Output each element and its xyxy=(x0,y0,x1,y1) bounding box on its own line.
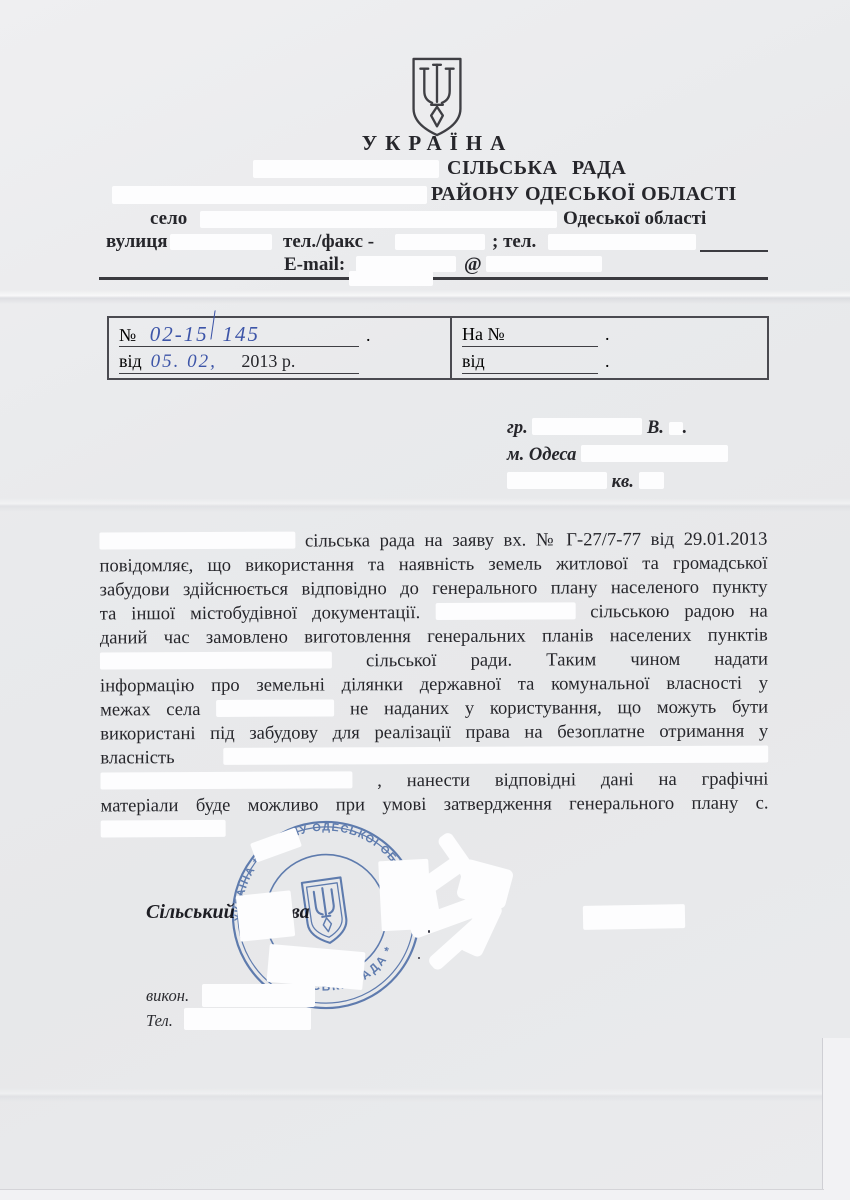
redaction-block xyxy=(99,532,295,550)
recipient-line: гр. В. . xyxy=(507,415,728,442)
body-text-segment: використані під забудову для реалізації … xyxy=(100,721,768,745)
redaction-block xyxy=(184,1008,311,1030)
body-line: власність xyxy=(100,744,768,771)
handwritten-date: 05. 02, xyxy=(151,351,217,372)
redaction-block xyxy=(202,984,315,1007)
page-edge xyxy=(822,1038,850,1200)
body-line: інформацію про земельні ділянки державно… xyxy=(100,672,768,699)
email-at-sign: @ xyxy=(464,254,482,276)
tel-label: ; тел. xyxy=(492,231,536,253)
redaction-block xyxy=(100,651,332,669)
reply-from-label: від xyxy=(462,351,485,371)
ink-speck xyxy=(418,957,420,959)
paper-crease xyxy=(0,1088,850,1102)
year-value: 2013 р. xyxy=(241,351,295,371)
reference-outgoing-cell: № 02-15/145 . від 05. 02, 2013 р. xyxy=(109,318,450,378)
recipient-block: гр. В. . м. Одеса кв. xyxy=(507,415,728,496)
redaction-block xyxy=(507,472,607,489)
street-label: вулиця xyxy=(106,231,167,253)
redaction-block xyxy=(548,234,696,250)
body-text-segment: інформацію про земельні ділянки державно… xyxy=(100,673,768,697)
redaction-block xyxy=(223,746,768,765)
redaction-block xyxy=(200,211,557,228)
ink-speck xyxy=(428,930,430,933)
redaction-block xyxy=(100,771,352,789)
telfax-label: тел./факс - xyxy=(283,231,374,253)
council-title: СІЛЬСЬКА РАДА xyxy=(447,157,626,180)
body-line: та іншої містобудівної документації. сіл… xyxy=(100,600,768,627)
dot: . xyxy=(605,351,610,371)
recipient-prefix: гр. xyxy=(507,418,528,438)
body-text-segment: повідомляє, що використання та наявність… xyxy=(99,553,767,577)
redaction-block xyxy=(236,890,296,941)
redaction-block xyxy=(581,445,728,462)
scanned-letter: УКРАЇНА СІЛЬСЬКА РАДА РАЙОНУ ОДЕСЬКОЇ ОБ… xyxy=(0,0,850,1200)
redaction-block xyxy=(669,422,683,435)
country-title: УКРАЇНА xyxy=(320,131,555,156)
body-line: даний час замовлено виготовлення генерал… xyxy=(100,624,768,651)
reference-incoming-cell: На №. від. xyxy=(450,318,767,378)
trident-emblem-icon xyxy=(404,56,470,138)
redaction-block xyxy=(583,904,685,930)
executor-label: викон. xyxy=(146,986,189,1006)
email-label: E-mail: xyxy=(284,254,345,276)
redaction-block xyxy=(112,186,427,204)
body-line: повідомляє, що використання та наявність… xyxy=(99,552,767,579)
body-text: сільська рада на заяву вх. № Г-27/7-77 в… xyxy=(99,528,768,843)
redaction-block xyxy=(349,271,433,286)
from-label: від xyxy=(119,351,142,371)
number-label: № xyxy=(119,325,136,345)
page-edge xyxy=(0,1189,824,1200)
redaction-block xyxy=(356,256,456,272)
region-suffix: Одеської області xyxy=(563,208,706,230)
reference-box: № 02-15/145 . від 05. 02, 2013 р. На №. … xyxy=(107,316,769,380)
fill-in-line xyxy=(700,250,768,252)
body-line xyxy=(101,816,769,843)
outgoing-date-row: від 05. 02, 2013 р. xyxy=(119,348,450,375)
redaction-block xyxy=(639,472,664,489)
paper-crease xyxy=(0,290,850,304)
body-text-segment: забудови здійснюється відповідно до гене… xyxy=(100,577,768,601)
incoming-number-row: На №. xyxy=(462,321,767,348)
redaction-block xyxy=(532,418,642,435)
dot: . xyxy=(605,324,610,344)
body-line: забудови здійснюється відповідно до гене… xyxy=(100,576,768,603)
recipient-city: м. Одеса xyxy=(507,445,576,465)
redaction-block xyxy=(170,234,272,250)
body-text-segment: власність xyxy=(100,747,174,768)
village-label: село xyxy=(150,208,187,230)
body-text-segment: та іншої містобудівної документації. xyxy=(100,602,421,624)
incoming-date-row: від. xyxy=(462,348,767,375)
dot: . xyxy=(683,418,688,438)
body-text-segment: межах села xyxy=(100,699,201,720)
body-line: використані під забудову для реалізації … xyxy=(100,720,768,747)
body-text-segment: сільська рада на заяву вх. № Г-27/7-77 в… xyxy=(305,529,767,552)
apartment-label: кв. xyxy=(612,472,634,492)
body-line: межах села не наданих у користування, що… xyxy=(100,696,768,723)
outgoing-number-row: № 02-15/145 . xyxy=(119,321,450,348)
redaction-block xyxy=(435,602,575,620)
recipient-line: м. Одеса xyxy=(507,442,728,469)
body-line: сільської ради. Таким чином надати xyxy=(100,648,768,675)
body-line: сільська рада на заяву вх. № Г-27/7-77 в… xyxy=(99,528,767,555)
handwritten-number: 02-15/145 xyxy=(150,322,260,346)
body-text-segment: сільської ради. Таким чином надати xyxy=(366,649,768,672)
recipient-initial: В. xyxy=(647,418,664,438)
body-line: матеріали буде можливо при умові затверд… xyxy=(100,792,768,819)
body-line: , нанести відповідні дані на графічні xyxy=(100,768,768,795)
district-title: РАЙОНУ ОДЕСЬКОЇ ОБЛАСТІ xyxy=(431,183,737,206)
redaction-block xyxy=(486,256,602,272)
phone-label: Тел. xyxy=(146,1011,173,1031)
redaction-block xyxy=(216,699,334,717)
reply-number-label: На № xyxy=(462,324,505,344)
body-text-segment: , нанести відповідні дані на графічні xyxy=(377,769,768,792)
dot: . xyxy=(366,325,371,345)
redaction-block xyxy=(395,234,485,250)
body-text-segment: матеріали буде можливо при умові затверд… xyxy=(100,793,768,817)
body-text-segment: даний час замовлено виготовлення генерал… xyxy=(100,625,768,649)
redaction-block xyxy=(253,160,439,178)
body-text-segment: не наданих у користування, що можуть бут… xyxy=(350,697,768,720)
body-text-segment: сільською радою на xyxy=(590,601,768,623)
recipient-line: кв. xyxy=(507,469,728,496)
paper-crease xyxy=(0,498,850,512)
letterhead-rule xyxy=(99,277,768,280)
